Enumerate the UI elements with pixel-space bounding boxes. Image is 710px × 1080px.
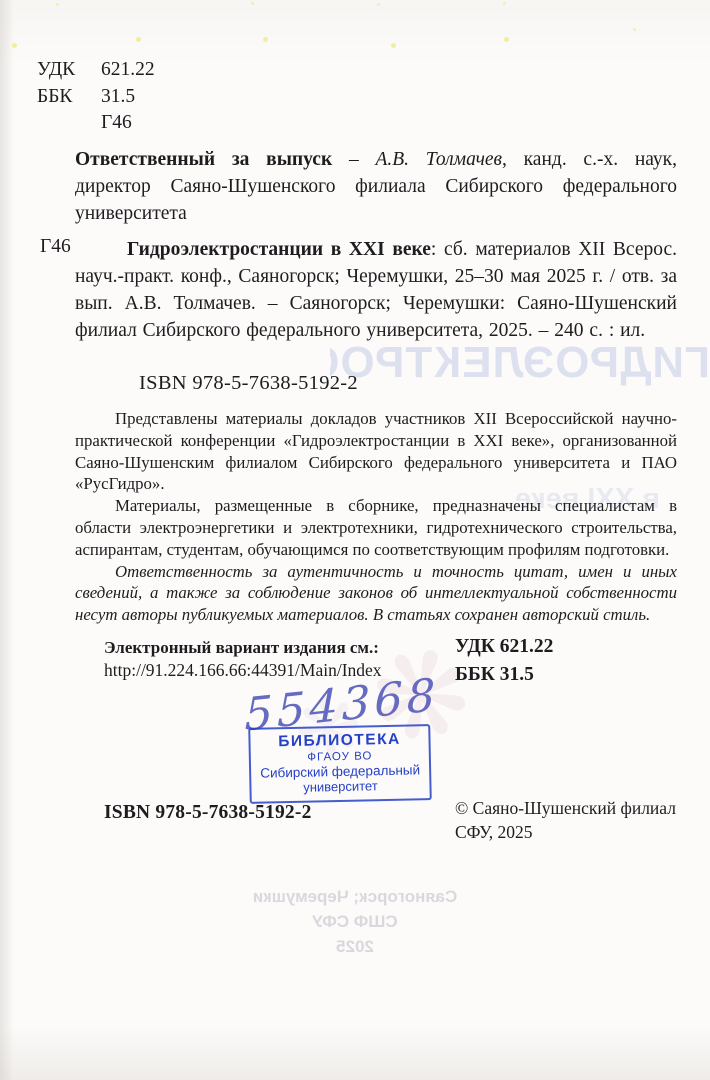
author-code-row: Г46 — [37, 110, 155, 137]
isbn-upper: ISBN 978-5-7638-5192-2 — [139, 372, 358, 395]
bbk-row: ББК 31.5 — [37, 84, 155, 111]
scanned-book-imprint-page: ГИДРОЭЛЕКТРОСТАНЦИИ в XXI веке Саяногорс… — [0, 0, 710, 1080]
electronic-edition-label: Электронный вариант издания см.: — [104, 636, 382, 659]
catalog-entry: Гидроэлектростанции в XXI веке: сб. мате… — [75, 236, 677, 344]
catalog-entry-title: Гидроэлектростанции в XXI веке — [127, 239, 431, 260]
copyright-line-2: СФУ, 2025 — [455, 821, 676, 845]
udc-row: УДК 621.22 — [37, 57, 155, 84]
author-code-spacer — [37, 110, 101, 137]
scan-speck — [263, 37, 268, 42]
stamp-line-library: БИБЛИОТЕКА — [250, 730, 428, 752]
scan-speck — [504, 37, 509, 42]
scan-speck — [12, 43, 17, 48]
editor-dash: – — [332, 149, 375, 170]
scan-speck — [56, 3, 59, 6]
bleedthrough-title-ghost: ГИДРОЭЛЕКТРОСТАНЦИИ — [330, 338, 710, 388]
udc-label: УДК — [37, 57, 101, 84]
scan-speck — [136, 37, 141, 42]
bleedthrough-backpage-ghost: Саяногорск; Черемушки СШФ СФУ 2025 — [175, 884, 535, 959]
bbk-label: ББК — [37, 84, 101, 111]
author-code: Г46 — [101, 110, 132, 137]
editor-name: А.В. Толмачев — [375, 149, 502, 170]
scan-speck — [391, 43, 396, 48]
isbn-footer: ISBN 978-5-7638-5192-2 — [104, 802, 312, 824]
catalog-codes-right: УДК 621.22 ББК 31.5 — [455, 633, 553, 688]
bbk-right: ББК 31.5 — [455, 661, 553, 689]
abstract-paragraph-1: Представлены материалы докладов участник… — [75, 408, 677, 495]
electronic-edition-note: Электронный вариант издания см.: http://… — [104, 636, 382, 682]
catalog-codes-top: УДК 621.22 ББК 31.5 Г46 — [37, 57, 155, 137]
abstract-block: Представлены материалы докладов участник… — [75, 408, 677, 626]
abstract-paragraph-3: Ответственность за аутентичность и точно… — [75, 561, 677, 626]
bleedthrough-back-line: СШФ СФУ — [175, 909, 535, 934]
library-stamp: БИБЛИОТЕКА ФГАОУ ВО Сибирский федеральны… — [248, 724, 432, 804]
responsible-editor-paragraph: Ответственный за выпуск – А.В. Толмачев,… — [75, 146, 677, 227]
bleedthrough-back-line: Саяногорск; Черемушки — [175, 884, 535, 909]
scan-speck — [251, 2, 254, 5]
udc-value: 621.22 — [101, 57, 155, 84]
catalog-entry-code: Г46 — [40, 236, 71, 258]
copyright-line-1: © Саяно-Шушенский филиал — [455, 797, 676, 821]
scan-speck — [377, 3, 380, 6]
bbk-value: 31.5 — [101, 84, 135, 111]
copyright-notice: © Саяно-Шушенский филиал СФУ, 2025 — [455, 797, 676, 844]
scan-speck — [503, 2, 506, 5]
abstract-paragraph-2: Материалы, размещенные в сборнике, предн… — [75, 495, 677, 560]
editor-lead: Ответственный за выпуск — [75, 149, 332, 170]
udc-right: УДК 621.22 — [455, 633, 553, 661]
scan-speck — [633, 28, 636, 31]
bleedthrough-back-line: 2025 — [175, 934, 535, 959]
